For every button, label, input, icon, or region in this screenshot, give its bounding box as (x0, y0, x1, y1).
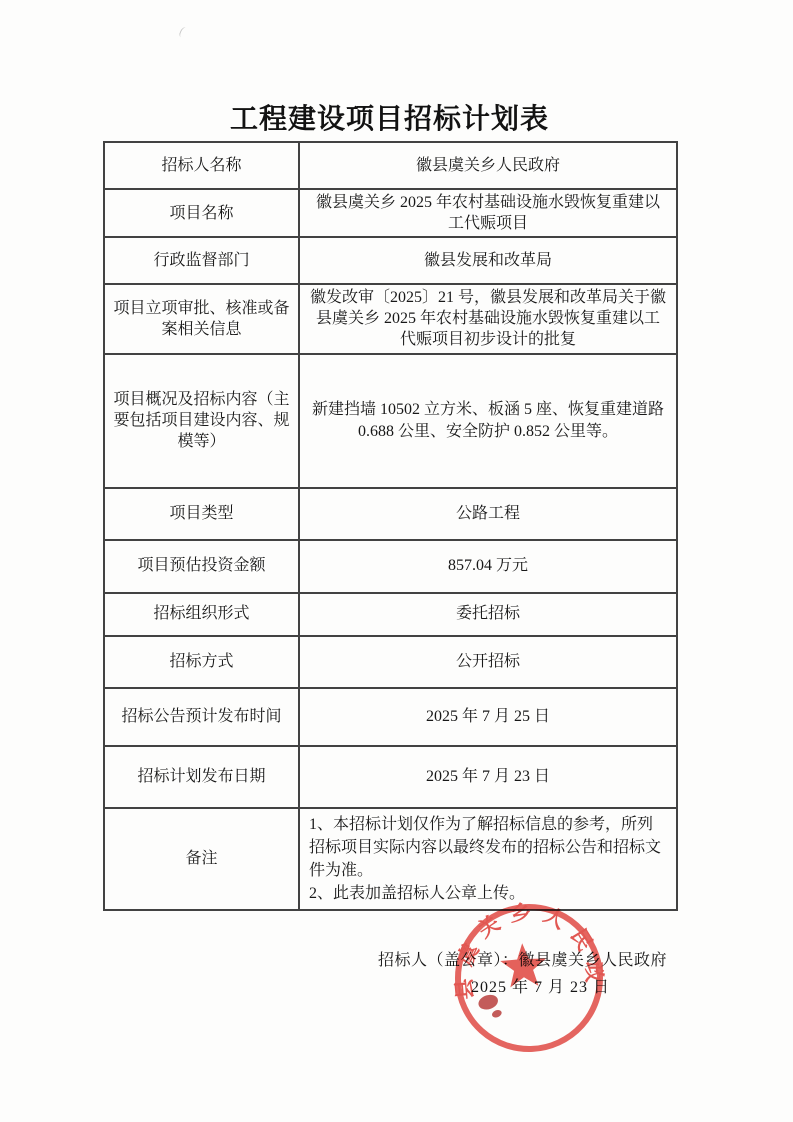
table-row: 招标人名称 徽县虞关乡人民政府 (104, 142, 677, 189)
row-value: 2025 年 7 月 23 日 (299, 746, 677, 808)
scanned-document-page: 工程建设项目招标计划表 招标人名称 徽县虞关乡人民政府 项目名称 徽县虞关乡 2… (0, 0, 793, 1122)
row-value: 徽县虞关乡 2025 年农村基础设施水毁恢复重建以工代赈项目 (299, 189, 677, 237)
table-row: 项目预估投资金额 857.04 万元 (104, 540, 677, 593)
table-row: 项目类型 公路工程 (104, 488, 677, 540)
row-label: 招标组织形式 (104, 593, 299, 636)
table-row: 招标公告预计发布时间 2025 年 7 月 25 日 (104, 688, 677, 746)
row-value: 徽发改审〔2025〕21 号，徽县发展和改革局关于徽县虞关乡 2025 年农村基… (299, 284, 677, 353)
row-label: 项目名称 (104, 189, 299, 237)
row-label: 招标人名称 (104, 142, 299, 189)
row-label: 招标计划发布日期 (104, 746, 299, 808)
row-value: 委托招标 (299, 593, 677, 636)
row-value: 857.04 万元 (299, 540, 677, 593)
row-label: 招标方式 (104, 636, 299, 688)
table-row: 项目名称 徽县虞关乡 2025 年农村基础设施水毁恢复重建以工代赈项目 (104, 189, 677, 237)
row-value: 新建挡墙 10502 立方米、板涵 5 座、恢复重建道路0.688 公里、安全防… (299, 354, 677, 488)
bidding-plan-table: 招标人名称 徽县虞关乡人民政府 项目名称 徽县虞关乡 2025 年农村基础设施水… (103, 141, 678, 911)
seal-star-icon (499, 942, 547, 988)
table-row: 招标组织形式 委托招标 (104, 593, 677, 636)
seal-ink-blot-small (491, 1009, 503, 1019)
scan-artifact (178, 26, 189, 39)
row-label: 项目概况及招标内容（主要包括项目建设内容、规模等） (104, 354, 299, 488)
row-label: 招标公告预计发布时间 (104, 688, 299, 746)
table-row: 项目概况及招标内容（主要包括项目建设内容、规模等） 新建挡墙 10502 立方米… (104, 354, 677, 488)
table-row: 项目立项审批、核准或备案相关信息 徽发改审〔2025〕21 号，徽县发展和改革局… (104, 284, 677, 353)
row-value: 公开招标 (299, 636, 677, 688)
row-value: 公路工程 (299, 488, 677, 540)
row-label: 项目立项审批、核准或备案相关信息 (104, 284, 299, 353)
row-value: 徽县发展和改革局 (299, 237, 677, 284)
row-label: 项目类型 (104, 488, 299, 540)
row-label: 备注 (104, 808, 299, 911)
table-row: 招标计划发布日期 2025 年 7 月 23 日 (104, 746, 677, 808)
row-value: 徽县虞关乡人民政府 (299, 142, 677, 189)
page-title: 工程建设项目招标计划表 (104, 97, 675, 137)
seal-ink-blot (477, 992, 500, 1011)
row-value-remarks: 1、本招标计划仅作为了解招标信息的参考，所列招标项目实际内容以最终发布的招标公告… (299, 808, 677, 911)
table-row: 行政监督部门 徽县发展和改革局 (104, 237, 677, 284)
row-label: 项目预估投资金额 (104, 540, 299, 593)
table-row: 招标方式 公开招标 (104, 636, 677, 688)
row-value: 2025 年 7 月 25 日 (299, 688, 677, 746)
row-label: 行政监督部门 (104, 237, 299, 284)
official-seal: 徽县虞关乡人民政府 (445, 894, 613, 1062)
seal-text: 徽县虞关乡人民政府 (445, 894, 607, 1002)
